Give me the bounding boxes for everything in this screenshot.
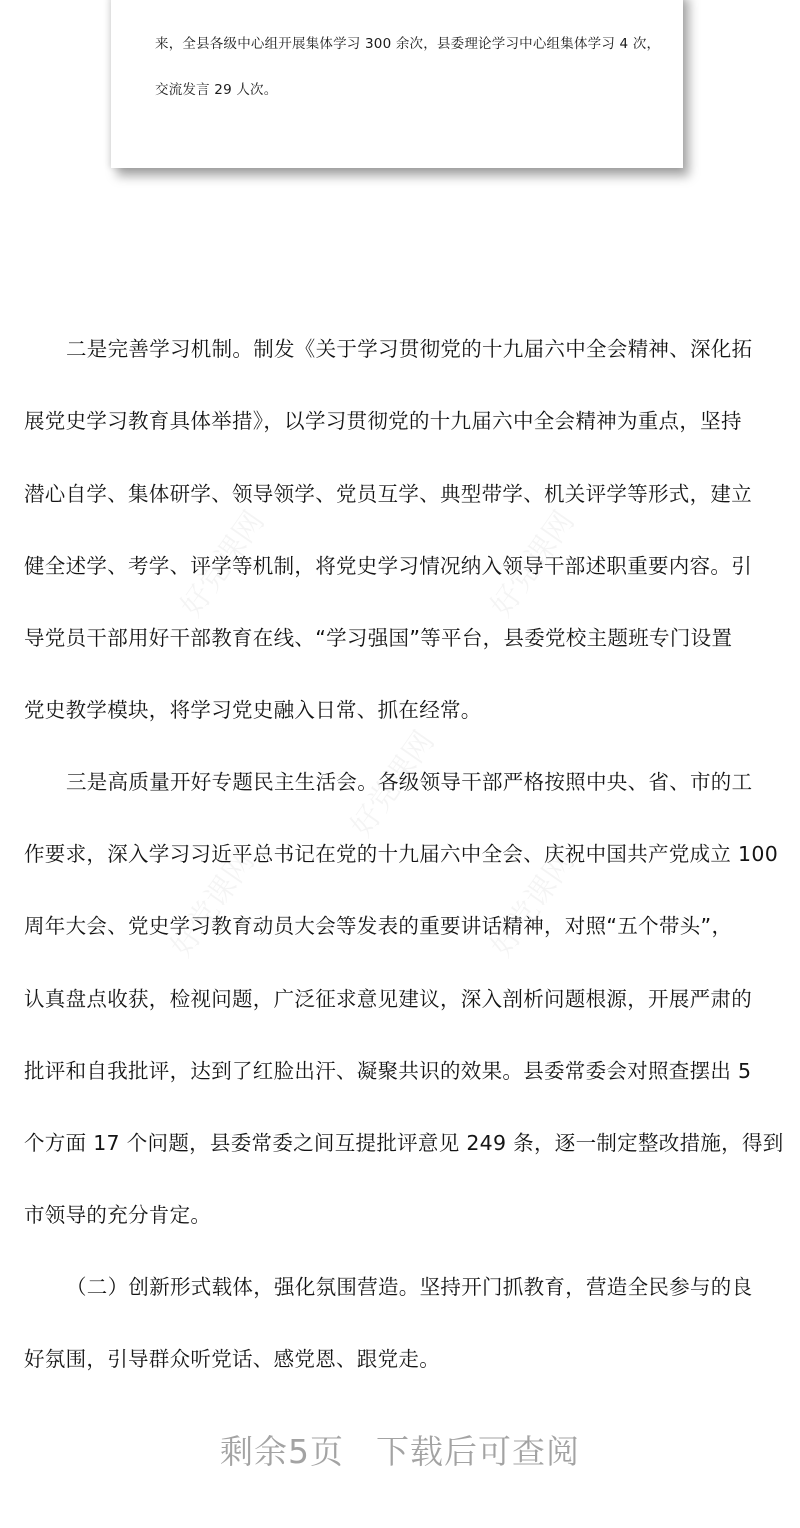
preview-line: 来，全县各级中心组开展集体学习 300 余次，县委理论学习中心组集体学习 4 次… — [155, 32, 660, 52]
remaining-pages-label: 剩余5页 — [220, 1426, 344, 1473]
remaining-pages-notice[interactable]: 剩余5页下载后可查阅 — [0, 1426, 800, 1473]
paragraph-line: 好氛围，引导群众听党话、感党恩、跟党走。 — [24, 1342, 440, 1372]
paragraph-line: 批评和自我批评，达到了红脸出汗、凝聚共识的效果。县委常委会对照查摆出 5 — [24, 1054, 751, 1084]
paragraph-line: 展党史学习教育具体举措》，以学习贯彻党的十九届六中全会精神为重点，坚持 — [24, 404, 742, 434]
paragraph-line: （二）创新形式载体，强化氛围营造。坚持开门抓教育，营造全民参与的良 — [66, 1270, 752, 1300]
document-preview-page: 全县各级党组织认真组织开展党史学习教育专题学习，自党史学习教育开展以 来，全县各… — [111, 0, 683, 168]
paragraph-line: 作要求，深入学习习近平总书记在党的十九届六中全会、庆祝中国共产党成立 100 — [24, 837, 778, 867]
paragraph-line: 二是完善学习机制。制发《关于学习贯彻党的十九届六中全会精神、深化拓 — [66, 332, 752, 362]
paragraph-line: 三是高质量开好专题民主生活会。各级领导干部严格按照中央、省、市的工 — [66, 765, 752, 795]
paragraph-line: 潜心自学、集体研学、领导领学、党员互学、典型带学、机关评学等形式，建立 — [24, 477, 752, 507]
preview-line: 交流发言 29 人次。 — [155, 78, 277, 98]
download-hint-label: 下载后可查阅 — [376, 1426, 580, 1473]
paragraph-line: 周年大会、党史学习教育动员大会等发表的重要讲话精神，对照“五个带头”， — [24, 909, 732, 939]
paragraph-line: 个方面 17 个问题，县委常委之间互提批评意见 249 条，逐一制定整改措施，得… — [24, 1126, 784, 1156]
paragraph-line: 认真盘点收获，检视问题，广泛征求意见建议，深入剖析问题根源，开展严肃的 — [24, 982, 752, 1012]
paragraph-line: 市领导的充分肯定。 — [24, 1198, 211, 1228]
paragraph-line: 导党员干部用好干部教育在线、“学习强国”等平台，县委党校主题班专门设置 — [24, 621, 732, 651]
paragraph-line: 健全述学、考学、评学等机制，将党史学习情况纳入领导干部述职重要内容。引 — [24, 549, 752, 579]
paragraph-line: 党史教学模块，将学习党史融入日常、抓在经常。 — [24, 693, 482, 723]
